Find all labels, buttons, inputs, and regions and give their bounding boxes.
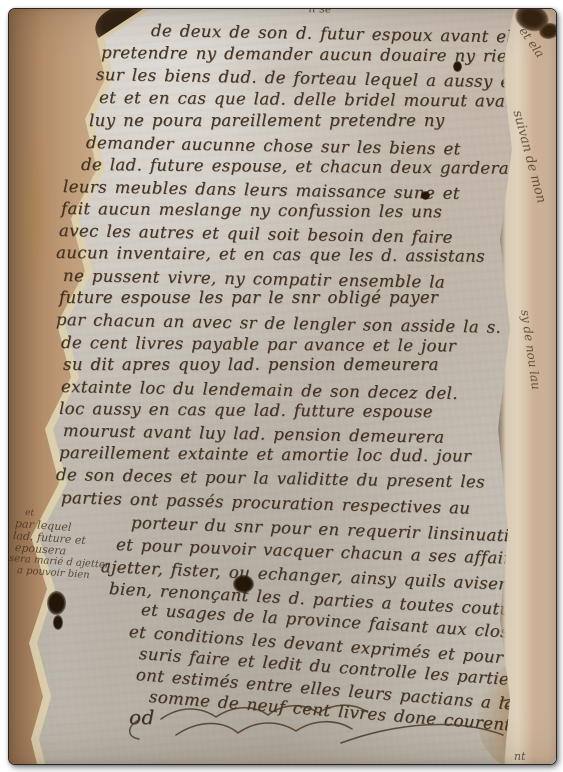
- edge-script-fragment: suivan de mon: [510, 109, 547, 205]
- corner-text-fragment: nt: [514, 751, 526, 762]
- edge-script-fragment: il se: [309, 8, 332, 15]
- manuscript-photo: de deux de son d. futur espoux avant ell…: [8, 8, 557, 765]
- adjacent-page-script: suivan de monsy de nou lauet elail se: [9, 9, 556, 764]
- edge-script-fragment: sy de nou lau: [519, 309, 542, 390]
- page-background: de deux de son d. futur espoux avant ell…: [0, 0, 563, 772]
